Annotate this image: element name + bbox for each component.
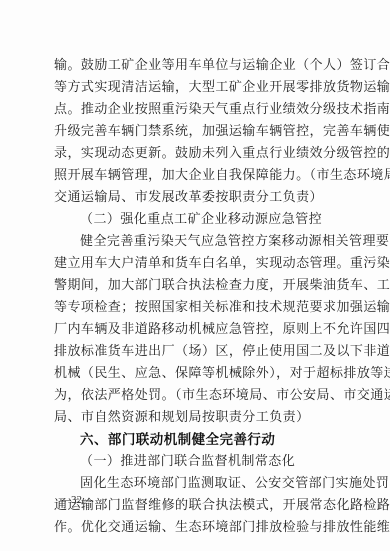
document-page: 输。鼓励工矿企业等用车单位与运输企业（个人）签订合作协议 等方式实现清洁运输，大…: [0, 0, 390, 551]
paragraph-line: 升级完善车辆门禁系统，加强运输车辆管控，完善车辆使用记: [54, 121, 344, 143]
paragraph-line: 交通运输局、市发展改革委按职责分工负责）: [54, 187, 344, 209]
paragraph-line: 等专项检查；按照国家相关标准和技术规范要求加强运输车辆、: [54, 297, 344, 319]
section-heading: 六、部门联动机制健全完善行动: [54, 429, 344, 451]
paragraph-first-line: 健全完善重污染天气应急管控方案移动源相关管理要求，: [54, 231, 344, 253]
paragraph-line: 输。鼓励工矿企业等用车单位与运输企业（个人）签订合作协议: [54, 55, 344, 77]
paragraph-line: 点。推动企业按照重污染天气重点行业绩效分级技术指南要求，: [54, 99, 344, 121]
subsection-heading: （二）强化重点工矿企业移动源应急管控: [54, 209, 344, 231]
paragraph-line: 通运输部门监督维修的联合执法模式，开展常态化路检路查工: [54, 495, 344, 517]
paragraph-line: 局、市自然资源和规划局按职责分工负责）: [54, 407, 344, 429]
page-number: —32—: [60, 494, 93, 506]
paragraph-line: 排放标准货车进出厂（场）区，停止使用国二及以下非道路移动: [54, 341, 344, 363]
paragraph-line: 作。优化交通运输、生态环境部门排放检验与排放性能维护的实: [54, 517, 344, 539]
paragraph-line: 录，实现动态更新。鼓励未列入重点行业绩效分级管控的企业参: [54, 143, 344, 165]
paragraph-line: 机械（民生、应急、保障等机械除外），对于超标排放等违法行: [54, 363, 344, 385]
paragraph-line: 为，依法严格处罚。（市生态环境局、市公安局、市交通运输: [54, 385, 344, 407]
document-body: 输。鼓励工矿企业等用车单位与运输企业（个人）签订合作协议 等方式实现清洁运输，大…: [54, 55, 344, 539]
paragraph-first-line: 固化生态环境部门监测取证、公安交管部门实施处罚、交: [54, 473, 344, 495]
paragraph-line: 建立用车大户清单和货车白名单，实现动态管理。重污染天气预: [54, 253, 344, 275]
subsection-heading: （一）推进部门联合监督机制常态化: [54, 451, 344, 473]
paragraph-line: 等方式实现清洁运输，大型工矿企业开展零排放货物运输车队试: [54, 77, 344, 99]
paragraph-line: 厂内车辆及非道路移动机械应急管控，原则上不允许国四及以下: [54, 319, 344, 341]
paragraph-line: 照开展车辆管理，加大企业自我保障能力。（市生态环境局、市: [54, 165, 344, 187]
paragraph-line: 警期间，加大部门联合执法检查力度，开展柴油货车、工程机械: [54, 275, 344, 297]
